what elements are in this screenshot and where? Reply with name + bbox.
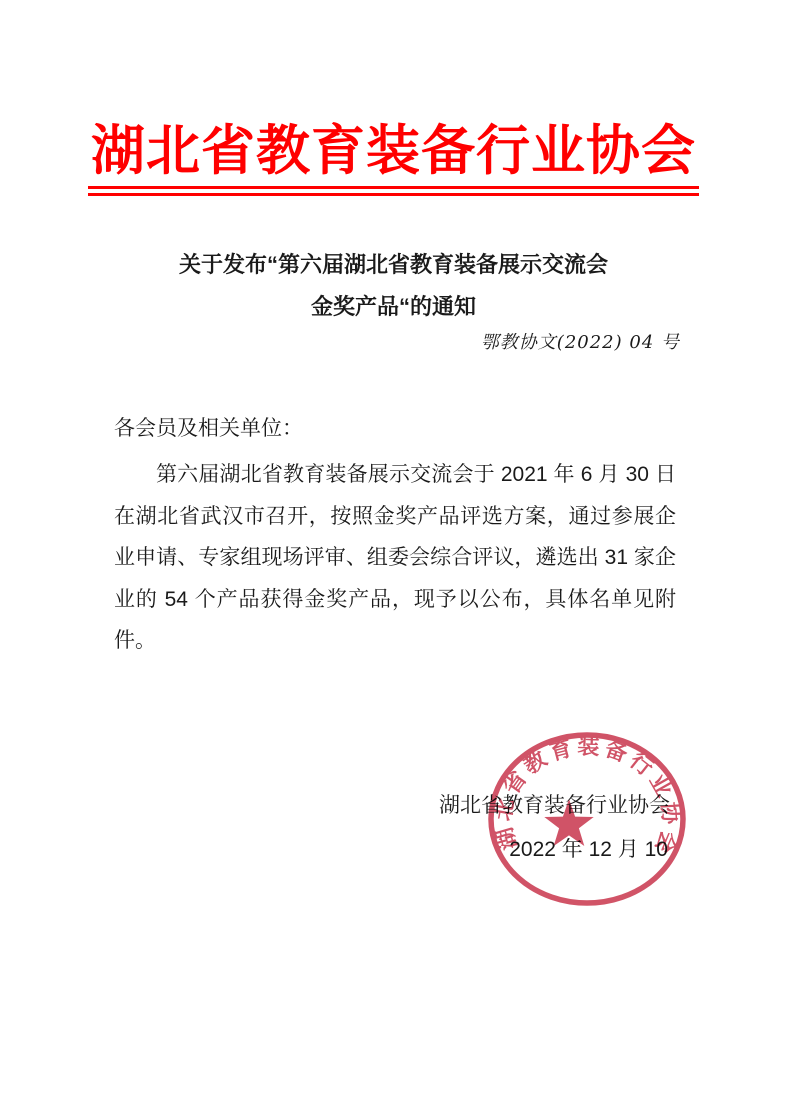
notice-title-line1: 关于发布“第六届湖北省教育装备展示交流会 — [0, 244, 787, 286]
letterhead: 湖北省教育装备行业协会 — [0, 120, 787, 196]
salutation: 各会员及相关单位： — [114, 412, 303, 442]
document-number: 鄂教协文(2022) 04 号 — [481, 328, 680, 354]
signature-organization: 湖北省教育装备行业协会 — [439, 789, 670, 819]
seal-ring — [491, 735, 683, 903]
official-seal-stamp: 湖北省教育装备行业协会 — [486, 729, 692, 913]
notice-title: 关于发布“第六届湖北省教育装备展示交流会 金奖产品“的通知 — [0, 244, 787, 328]
organization-title: 湖北省教育装备行业协会 — [88, 120, 699, 196]
notice-title-line2: 金奖产品“的通知 — [0, 286, 787, 328]
signature-date: 2022 年 12 月 10 — [509, 833, 668, 863]
body-paragraph: 第六届湖北省教育装备展示交流会于 2021 年 6 月 30 日在湖北省武汉市召… — [114, 454, 676, 662]
